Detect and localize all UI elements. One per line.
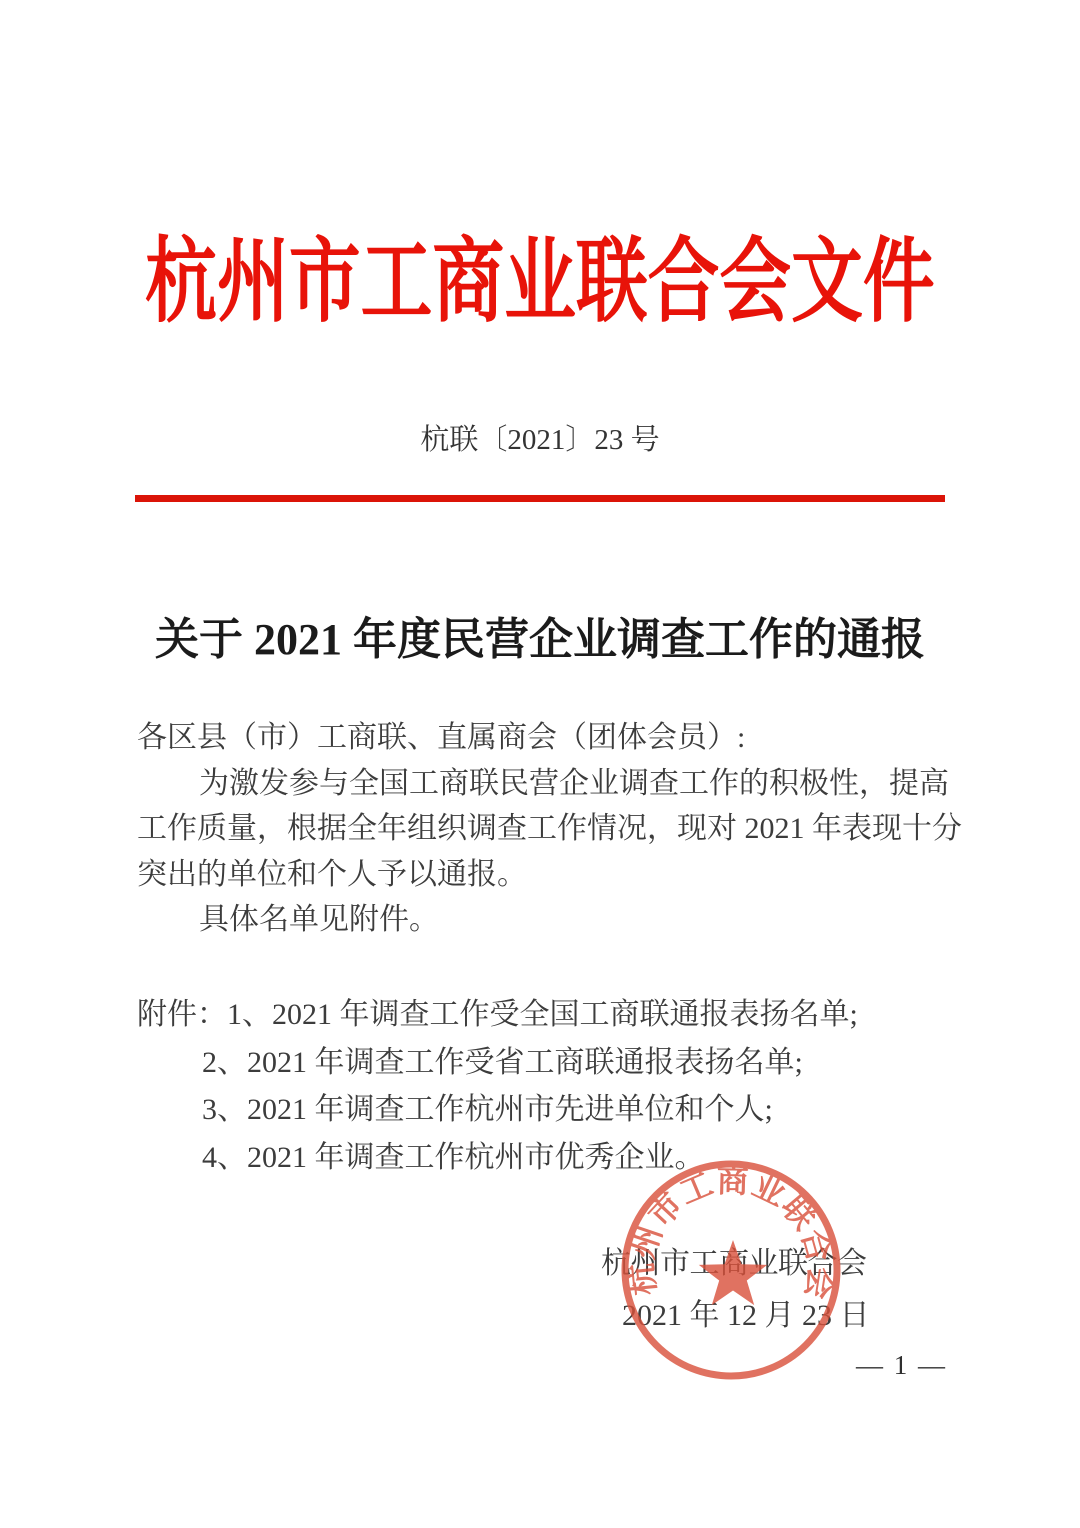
document-title: 关于 2021 年度民营企业调查工作的通报 (0, 603, 1080, 667)
attachment-item: 3、2021 年调查工作杭州市先进单位和个人; (137, 1086, 957, 1134)
official-seal: 杭州市工商业联合会 (620, 1156, 844, 1388)
attachment-item: 1、2021 年调查工作受全国工商联通报表扬名单; (227, 998, 858, 1031)
attachment-item: 2、2021 年调查工作受省工商联通报表扬名单; (137, 1039, 957, 1087)
attachments-label: 附件： (137, 998, 227, 1031)
attachment-line: 附件：1、2021 年调查工作受全国工商联通报表扬名单; (137, 991, 957, 1039)
salutation-line: 各区县（市）工商联、直属商会（团体会员）: (137, 715, 957, 761)
body-line: 突出的单位和个人予以通报。 (137, 852, 957, 898)
body-line: 具体名单见附件。 (137, 897, 957, 943)
body-line: 工作质量，根据全年组织调查工作情况，现对 2021 年表现十分 (137, 806, 957, 852)
document-header-title: 杭州市工商业联合会文件 (119, 236, 961, 328)
red-divider-line (135, 495, 945, 502)
body-line: 为激发参与全国工商联民营企业调查工作的积极性，提高 (137, 761, 957, 807)
attachments-list: 附件：1、2021 年调查工作受全国工商联通报表扬名单; 2、2021 年调查工… (137, 991, 957, 1181)
seal-star-icon (699, 1240, 767, 1305)
document-number: 杭联〔2021〕23 号 (0, 417, 1080, 458)
official-document-page: 杭州市工商业联合会文件 杭联〔2021〕23 号 关于 2021 年度民营企业调… (0, 0, 1080, 1528)
page-number: — 1 — (856, 1350, 947, 1381)
document-body: 各区县（市）工商联、直属商会（团体会员）: 为激发参与全国工商联民营企业调查工作… (137, 715, 957, 943)
